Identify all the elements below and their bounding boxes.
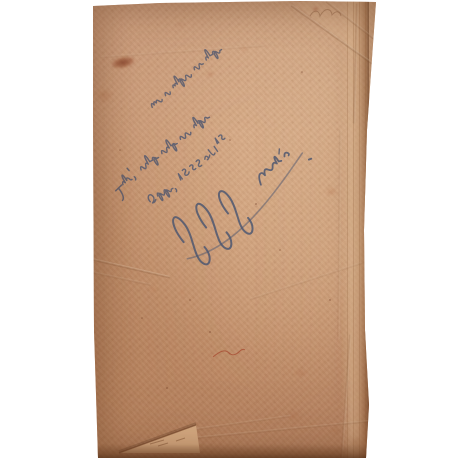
aged-paper-sheet: Teki is amijuk Tóbi, mi megemlékezésül s… [0, 0, 458, 458]
photo-of-book-endpaper: Teki is amijuk Tóbi, mi megemlékezésül s… [0, 0, 458, 458]
paper-vignette [90, 0, 379, 458]
